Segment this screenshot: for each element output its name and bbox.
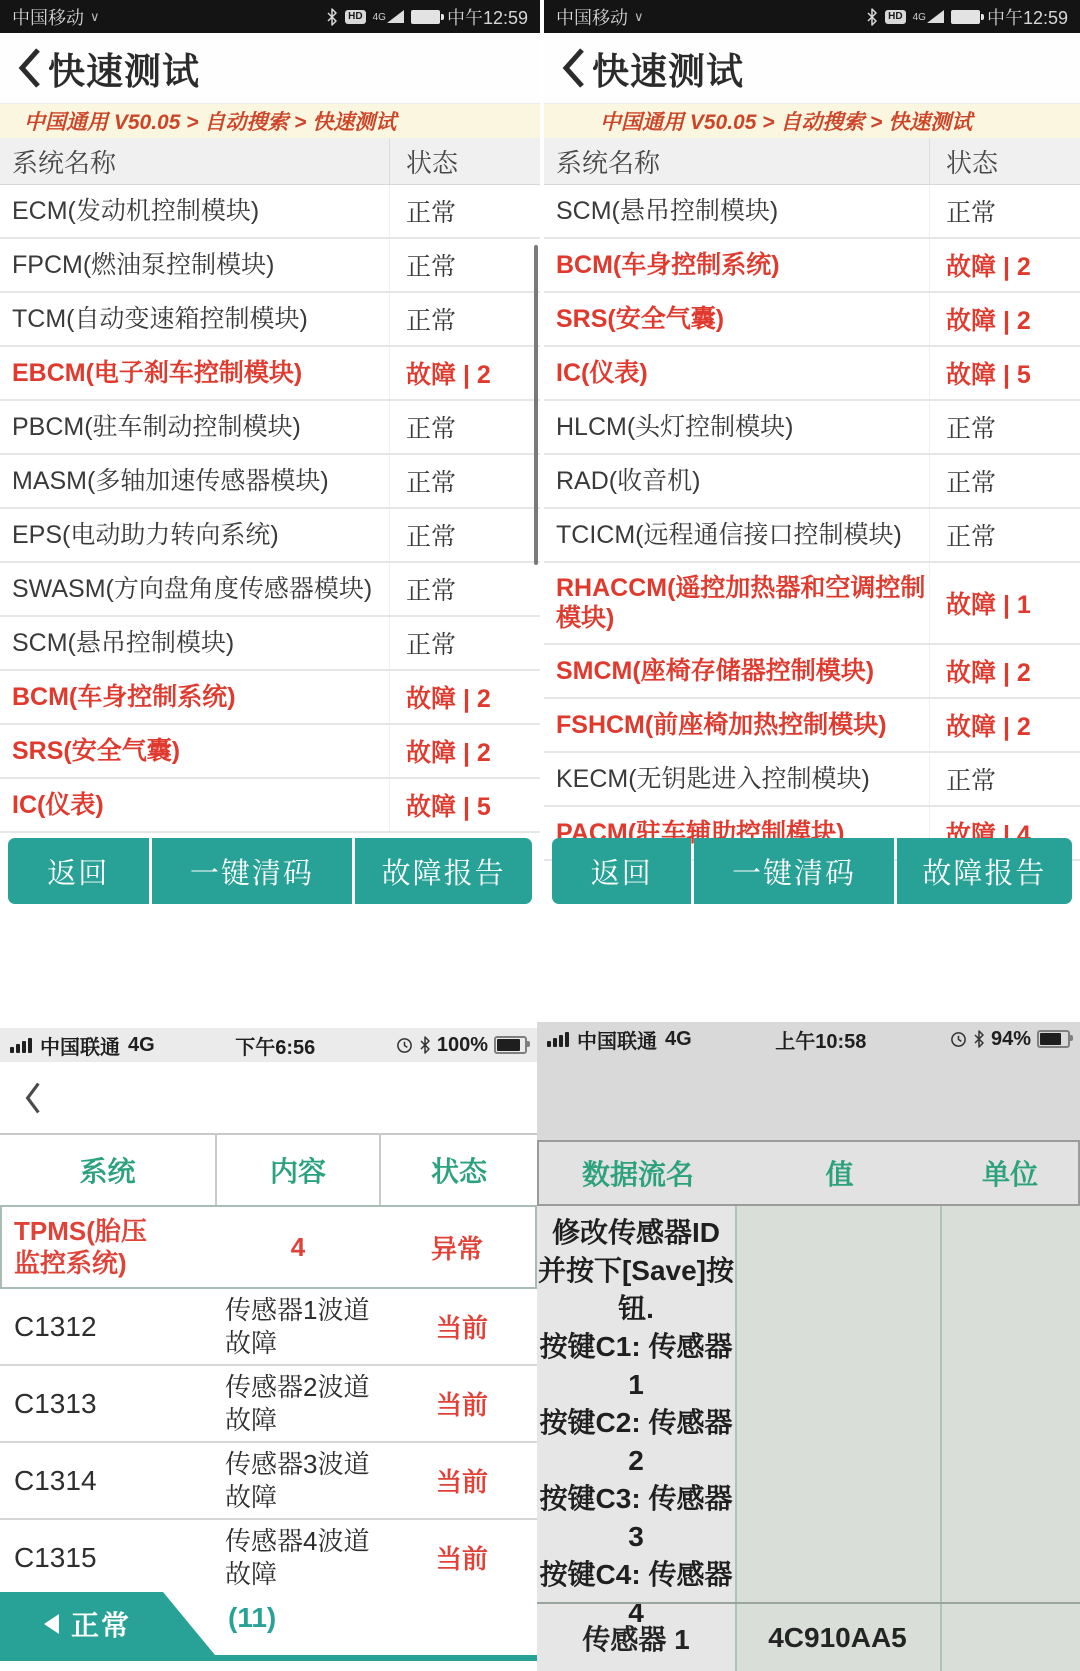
dtc-code: C1313 <box>0 1388 217 1420</box>
col-status: 状态 <box>389 138 540 184</box>
screenshot-grid: 中国移动 ∨ HD 4G 中午12:59 快速测试 中国通用 V50.05 > … <box>0 0 1080 1671</box>
system-row[interactable]: SMCM(座椅存储器控制模块)故障 | 2 <box>544 645 1080 699</box>
table-header: 系统名称 状态 <box>544 138 1080 185</box>
system-row[interactable]: HLCM(头灯控制模块)正常 <box>544 401 1080 455</box>
col-system-name: 系统名称 <box>544 143 929 180</box>
dtc-status: 当前 <box>387 1308 537 1345</box>
bluetooth-icon <box>866 8 878 26</box>
system-row[interactable]: SRS(安全气囊)故障 | 2 <box>0 725 540 779</box>
system-row[interactable]: KECM(无钥匙进入控制模块)正常 <box>544 753 1080 807</box>
system-row[interactable]: ECM(发动机控制模块)正常 <box>0 185 540 239</box>
system-status: 正常 <box>929 509 1080 561</box>
bluetooth-icon <box>973 1030 985 1048</box>
system-name: IC(仪表) <box>0 790 389 820</box>
system-status: 故障 | 2 <box>389 671 540 723</box>
signal-icon: 4G <box>373 10 404 23</box>
system-row[interactable]: TCM(自动变速箱控制模块)正常 <box>0 293 540 347</box>
dtc-code: C1312 <box>0 1311 217 1343</box>
system-name: SRS(安全气囊) <box>544 304 929 334</box>
diagnostic-screen-1: 中国移动 ∨ HD 4G 中午12:59 快速测试 中国通用 V50.05 > … <box>0 0 540 962</box>
battery-percent: 100% <box>437 1034 488 1057</box>
system-name: SCM(悬吊控制模块) <box>544 196 929 226</box>
system-status: 正常 <box>929 753 1080 805</box>
system-name: PBCM(驻车制动控制模块) <box>0 412 389 442</box>
left-triangle-icon <box>44 1614 59 1634</box>
system-row[interactable]: RHACCM(遥控加热器和空调控制模块)故障 | 1 <box>544 563 1080 645</box>
col-unit: 单位 <box>942 1142 1078 1204</box>
fault-count: 4 <box>217 1232 379 1263</box>
action-button-bar: 返回 一键清码 故障报告 <box>552 838 1072 904</box>
system-name: KECM(无钥匙进入控制模块) <box>544 764 929 794</box>
android-status-bar: 中国移动 ∨ HD 4G 中午12:59 <box>544 0 1080 33</box>
ios-status-bar: 中国联通 4G 下午6:56 100% <box>0 1028 537 1062</box>
signal-icon <box>547 1032 569 1047</box>
hd-voice-icon: HD <box>885 10 905 24</box>
carrier-label: 中国移动 <box>12 4 84 30</box>
col-content: 内容 <box>215 1135 379 1205</box>
col-system-name: 系统名称 <box>0 143 389 180</box>
alarm-icon <box>950 1031 967 1048</box>
action-button-bar: 返回 一键清码 故障报告 <box>8 838 532 904</box>
system-row[interactable]: BCM(车身控制系统)故障 | 2 <box>0 671 540 725</box>
network-label: 4G <box>128 1034 155 1057</box>
battery-percent: 94% <box>991 1028 1031 1051</box>
system-status: 正常 <box>389 563 540 615</box>
dtc-row[interactable]: C1313传感器2波道 故障当前 <box>0 1366 537 1443</box>
carrier-label: 中国移动 <box>556 4 628 30</box>
dtc-status: 当前 <box>387 1539 537 1576</box>
system-status: 故障 | 2 <box>389 347 540 399</box>
bluetooth-icon <box>419 1036 431 1054</box>
system-name: MASM(多轴加速传感器模块) <box>0 466 389 496</box>
ios-status-bar: 中国联通 4G 上午10:58 94% <box>537 1022 1080 1056</box>
normal-tab[interactable]: 正常 <box>0 1592 218 1655</box>
table-header: 系统名称 状态 <box>0 138 540 185</box>
nav-bar: 快速测试 <box>544 33 1080 104</box>
system-status: 故障 | 2 <box>929 645 1080 697</box>
back-chevron-icon[interactable] <box>22 1080 44 1116</box>
carrier-label: 中国联通 <box>577 1025 657 1054</box>
battery-icon <box>411 10 440 24</box>
hd-voice-icon: HD <box>345 10 365 24</box>
system-name: RAD(收音机) <box>544 466 929 496</box>
dtc-status: 当前 <box>387 1385 537 1422</box>
dtc-description: 传感器3波道 故障 <box>217 1448 387 1513</box>
system-name: EBCM(电子刹车控制模块) <box>0 358 389 388</box>
system-name: HLCM(头灯控制模块) <box>544 412 929 442</box>
normal-tab-label: 正常 <box>71 1604 131 1644</box>
page-title: 快速测试 <box>592 41 744 95</box>
system-name: SRS(安全气囊) <box>0 736 389 766</box>
system-row[interactable]: MASM(多轴加速传感器模块)正常 <box>0 455 540 509</box>
system-row[interactable]: SCM(悬吊控制模块)正常 <box>544 185 1080 239</box>
system-row[interactable]: EBCM(电子刹车控制模块)故障 | 2 <box>0 347 540 401</box>
back-chevron-icon[interactable] <box>560 46 586 90</box>
system-name: EPS(电动助力转向系统) <box>0 520 389 550</box>
back-chevron-icon[interactable] <box>16 46 42 90</box>
nav-bar <box>0 1062 537 1133</box>
system-row[interactable]: IC(仪表)故障 | 5 <box>544 347 1080 401</box>
system-status: 故障 | 2 <box>929 239 1080 291</box>
system-status: 正常 <box>389 617 540 669</box>
carrier-label: 中国联通 <box>40 1031 120 1060</box>
system-status: 故障 | 1 <box>929 563 1080 643</box>
system-row[interactable]: SCM(悬吊控制模块)正常 <box>0 617 540 671</box>
volte-icon: ∨ <box>90 9 100 25</box>
system-name: SMCM(座椅存储器控制模块) <box>544 656 929 686</box>
clock-label: 上午10:58 <box>700 1025 942 1054</box>
dtc-code: C1314 <box>0 1465 217 1497</box>
spacer <box>0 962 537 1028</box>
system-status: 正常 <box>389 185 540 237</box>
clear-codes-button[interactable]: 一键清码 <box>152 838 353 904</box>
system-row[interactable]: IC(仪表)故障 | 5 <box>0 779 540 833</box>
system-status: 正常 <box>389 509 540 561</box>
dtc-code: C1315 <box>0 1542 217 1574</box>
system-status: 正常 <box>389 293 540 345</box>
network-label: 4G <box>665 1028 692 1051</box>
system-name: TPMS(胎压 监控系统) <box>2 1215 217 1280</box>
system-status: 正常 <box>389 455 540 507</box>
system-name: TCICM(远程通信接口控制模块) <box>544 520 929 550</box>
table-header: 数据流名 值 单位 <box>537 1140 1080 1206</box>
system-name: BCM(车身控制系统) <box>544 250 929 280</box>
system-name: TCM(自动变速箱控制模块) <box>0 304 389 334</box>
system-row[interactable]: TCICM(远程通信接口控制模块)正常 <box>544 509 1080 563</box>
system-status: 故障 | 2 <box>389 725 540 777</box>
system-name: FPCM(燃油泵控制模块) <box>0 250 389 280</box>
system-status: 正常 <box>929 185 1080 237</box>
system-name: BCM(车身控制系统) <box>0 682 389 712</box>
data-stream-unit <box>940 1604 1080 1671</box>
data-stream-name[interactable]: 传感器 1 <box>537 1604 735 1671</box>
col-status: 状态 <box>379 1135 537 1205</box>
dtc-status: 当前 <box>387 1462 537 1499</box>
system-row[interactable]: SWASM(方向盘角度传感器模块)正常 <box>0 563 540 617</box>
system-name: RHACCM(遥控加热器和空调控制模块) <box>544 573 929 633</box>
page-title: 快速测试 <box>48 41 200 95</box>
system-status: 故障 | 2 <box>929 699 1080 751</box>
col-value: 值 <box>737 1142 942 1204</box>
system-name: ECM(发动机控制模块) <box>0 196 389 226</box>
sensor-id-instructions: 修改传感器ID 并按下[Save]按 钮. 按键C1: 传感器 1 按键C2: … <box>537 1214 735 1632</box>
table-header: 系统 内容 状态 <box>0 1133 537 1205</box>
fault-report-button[interactable]: 故障报告 <box>355 838 532 904</box>
data-stream-value: 4C910AA5 <box>735 1604 940 1671</box>
system-status: 故障 | 5 <box>389 779 540 831</box>
system-status: 正常 <box>929 455 1080 507</box>
clock-label: 下午6:56 <box>163 1031 388 1060</box>
volte-icon: ∨ <box>634 9 644 25</box>
alarm-icon <box>396 1037 413 1054</box>
signal-icon <box>10 1038 32 1053</box>
status-badge: 异常 <box>379 1229 535 1266</box>
system-status: 正常 <box>389 239 540 291</box>
system-status: 正常 <box>929 401 1080 453</box>
dtc-row[interactable]: C1314传感器3波道 故障当前 <box>0 1443 537 1520</box>
col-status: 状态 <box>929 138 1080 184</box>
tpms-report-screen: 中国联通 4G 下午6:56 100% 系统 内容 状态 TPMS(胎压 监控系… <box>0 962 537 1671</box>
breadcrumb: 中国通用 V50.05 > 自动搜索 > 快速测试 <box>0 104 540 138</box>
back-button[interactable]: 返回 <box>8 838 149 904</box>
dtc-row[interactable]: C1315传感器4波道 故障当前 <box>0 1520 537 1595</box>
system-row[interactable]: PBCM(驻车制动控制模块)正常 <box>0 401 540 455</box>
system-row[interactable]: FPCM(燃油泵控制模块)正常 <box>0 239 540 293</box>
clock-label: 中午12:59 <box>447 4 528 30</box>
breadcrumb: 中国通用 V50.05 > 自动搜索 > 快速测试 <box>544 104 1080 138</box>
col-system: 系统 <box>0 1135 215 1205</box>
dtc-description: 传感器1波道 故障 <box>217 1294 387 1359</box>
battery-icon <box>1037 1030 1070 1048</box>
system-status: 故障 | 2 <box>929 293 1080 345</box>
back-button[interactable]: 返回 <box>552 838 691 904</box>
data-stream-screen: 中国联通 4G 上午10:58 94% 数据流名 值 单位 修改传感器ID 并按… <box>537 962 1080 1671</box>
android-status-bar: 中国移动 ∨ HD 4G 中午12:59 <box>0 0 540 33</box>
system-row[interactable]: EPS(电动助力转向系统)正常 <box>0 509 540 563</box>
diagnostic-screen-2: 中国移动 ∨ HD 4G 中午12:59 快速测试 中国通用 V50.05 > … <box>544 0 1080 962</box>
bluetooth-icon <box>326 8 338 26</box>
normal-count: (11) <box>228 1602 276 1634</box>
dtc-row[interactable]: C1312传感器1波道 故障当前 <box>0 1289 537 1366</box>
nav-bar: 快速测试 <box>0 33 540 104</box>
system-row[interactable]: BCM(车身控制系统)故障 | 2 <box>544 239 1080 293</box>
battery-icon <box>494 1036 527 1054</box>
system-status: 正常 <box>389 401 540 453</box>
system-status: 故障 | 5 <box>929 347 1080 399</box>
system-name: SCM(悬吊控制模块) <box>0 628 389 658</box>
system-name: SWASM(方向盘角度传感器模块) <box>0 574 389 604</box>
scrollbar[interactable] <box>534 245 538 565</box>
clear-codes-button[interactable]: 一键清码 <box>694 838 893 904</box>
battery-icon <box>951 10 980 24</box>
system-row[interactable]: SRS(安全气囊)故障 | 2 <box>544 293 1080 347</box>
system-row[interactable]: RAD(收音机)正常 <box>544 455 1080 509</box>
fault-summary-row[interactable]: TPMS(胎压 监控系统) 4 异常 <box>0 1205 537 1289</box>
dtc-description: 传感器2波道 故障 <box>217 1371 387 1436</box>
clock-label: 中午12:59 <box>987 4 1068 30</box>
system-row[interactable]: FSHCM(前座椅加热控制模块)故障 | 2 <box>544 699 1080 753</box>
system-name: FSHCM(前座椅加热控制模块) <box>544 710 929 740</box>
fault-report-button[interactable]: 故障报告 <box>897 838 1072 904</box>
dtc-description: 传感器4波道 故障 <box>217 1525 387 1590</box>
col-data-stream-name: 数据流名 <box>539 1142 737 1204</box>
tab-underline <box>0 1655 537 1661</box>
system-name: IC(仪表) <box>544 358 929 388</box>
signal-icon: 4G <box>913 10 944 23</box>
